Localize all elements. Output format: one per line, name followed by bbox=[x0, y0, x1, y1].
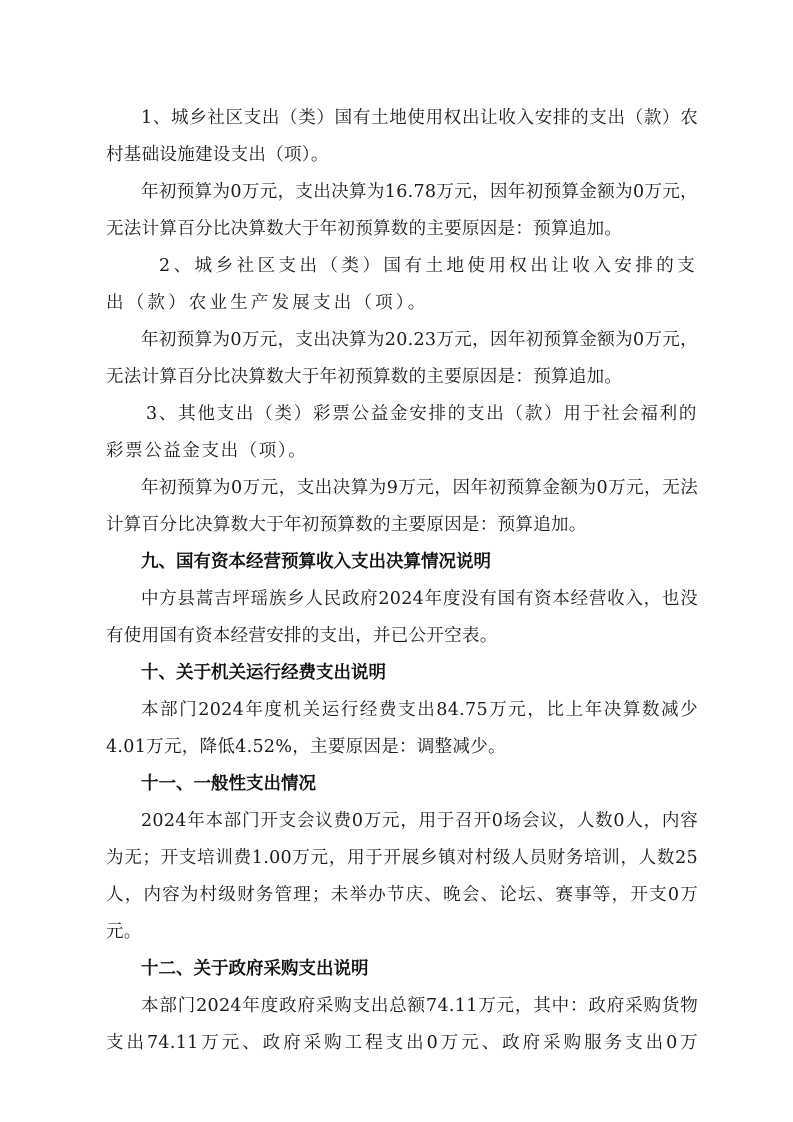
section-10-body: 本部门2024年度机关运行经费支出84.75万元，比上年决算数减少4.01万元，… bbox=[106, 692, 698, 766]
item-3-title: 3、其他支出（类）彩票公益金安排的支出（款）用于社会福利的彩票公益金支出（项）。 bbox=[106, 396, 698, 470]
section-9-body: 中方县蒿吉坪瑶族乡人民政府2024年度没有国有资本经营收入，也没有使用国有资本经… bbox=[106, 581, 698, 655]
item-2-title: 2、城乡社区支出（类）国有土地使用权出让收入安排的支出（款）农业生产发展支出（项… bbox=[106, 248, 698, 322]
section-11-heading: 十一、一般性支出情况 bbox=[106, 766, 698, 803]
item-3-detail: 年初预算为0万元，支出决算为9万元，因年初预算金额为0万元，无法计算百分比决算数… bbox=[106, 470, 698, 544]
item-2-detail: 年初预算为0万元，支出决算为20.23万元，因年初预算金额为0万元，无法计算百分… bbox=[106, 322, 698, 396]
item-1-title: 1、城乡社区支出（类）国有土地使用权出让收入安排的支出（款）农村基础设施建设支出… bbox=[106, 100, 698, 174]
section-10-heading: 十、关于机关运行经费支出说明 bbox=[106, 655, 698, 692]
document-page: 1、城乡社区支出（类）国有土地使用权出让收入安排的支出（款）农村基础设施建设支出… bbox=[106, 100, 698, 1062]
section-11-body: 2024年本部门开支会议费0万元，用于召开0场会议，人数0人，内容为无；开支培训… bbox=[106, 803, 698, 951]
item-1-detail: 年初预算为0万元，支出决算为16.78万元，因年初预算金额为0万元，无法计算百分… bbox=[106, 174, 698, 248]
section-12-body: 本部门2024年度政府采购支出总额74.11万元，其中：政府采购货物支出74.1… bbox=[106, 988, 698, 1062]
section-9-heading: 九、国有资本经营预算收入支出决算情况说明 bbox=[106, 544, 698, 581]
section-12-heading: 十二、关于政府采购支出说明 bbox=[106, 951, 698, 988]
